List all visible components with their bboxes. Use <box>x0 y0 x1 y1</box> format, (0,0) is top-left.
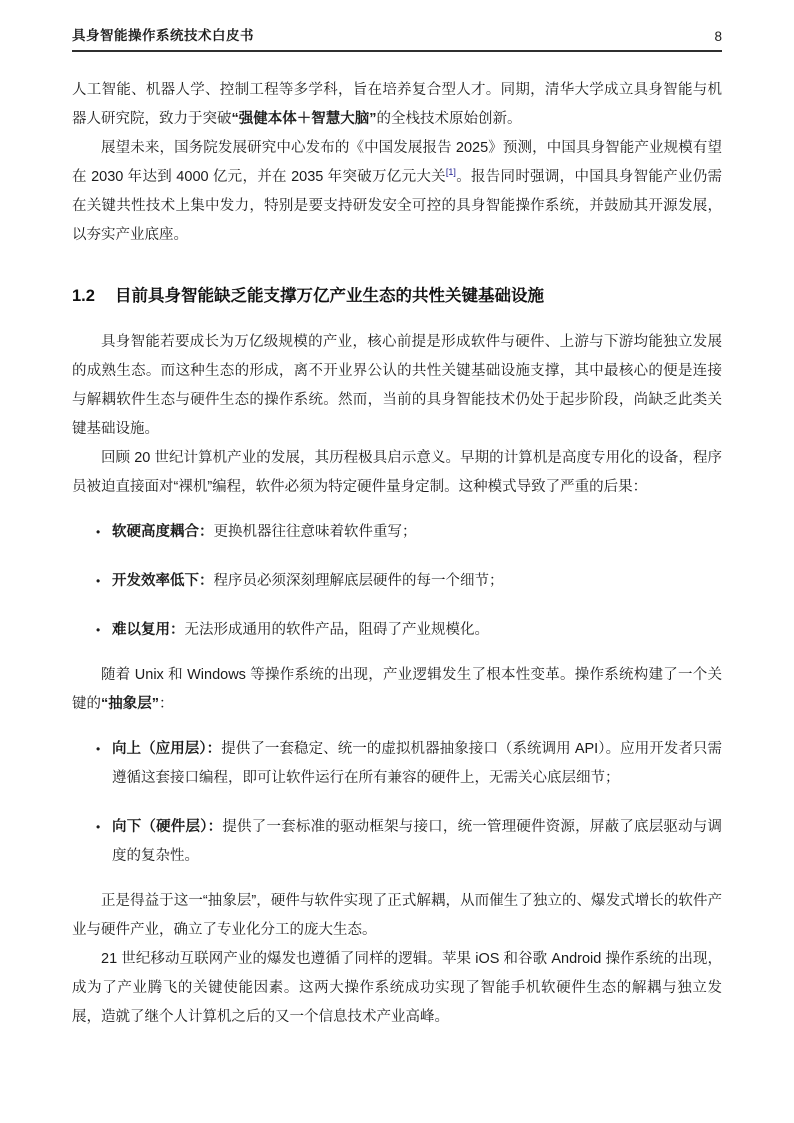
list-term: 向上（应用层）： <box>112 741 221 757</box>
list-term: 难以复用： <box>112 622 185 638</box>
bullet-icon: • <box>96 567 100 596</box>
bullet-icon: • <box>96 813 100 842</box>
list-item: •难以复用：无法形成通用的软件产品，阻碍了产业规模化。 <box>72 616 722 645</box>
header-title: 具身智能操作系统技术白皮书 <box>72 24 254 44</box>
list-desc: 更换机器往往意味着软件重写； <box>214 524 417 540</box>
list-desc: 程序员必须深刻理解底层硬件的每一个细节； <box>214 573 504 589</box>
paragraph-text: 的全栈技术原始创新。 <box>377 111 522 127</box>
footnote-ref-1[interactable]: [1] <box>446 167 456 177</box>
section-number: 1.2 <box>72 287 95 305</box>
list-bare-metal-consequences: •软硬高度耦合：更换机器往往意味着软件重写； •开发效率低下：程序员必须深刻理解… <box>72 518 722 645</box>
paragraph-os-emergence: 随着 Unix 和 Windows 等操作系统的出现，产业逻辑发生了根本性变革。… <box>72 661 722 719</box>
bullet-icon: • <box>96 735 100 764</box>
list-desc: 无法形成通用的软件产品，阻碍了产业规模化。 <box>185 622 490 638</box>
document-page: 具身智能操作系统技术白皮书 8 人工智能、机器人学、控制工程等多学科，旨在培养复… <box>0 0 794 1123</box>
paragraph-decoupling: 正是得益于这一“抽象层”，硬件与软件实现了正式解耦，从而催生了独立的、爆发式增长… <box>72 887 722 945</box>
page-header: 具身智能操作系统技术白皮书 8 <box>72 24 722 52</box>
list-item: •开发效率低下：程序员必须深刻理解底层硬件的每一个细节； <box>72 567 722 596</box>
list-term: 开发效率低下： <box>112 573 214 589</box>
list-term: 软硬高度耦合： <box>112 524 214 540</box>
list-item: •向下（硬件层）：提供了一套标准的驱动框架与接口，统一管理硬件资源，屏蔽了底层驱… <box>72 813 722 871</box>
paragraph-continuation: 人工智能、机器人学、控制工程等多学科，旨在培养复合型人才。同期，清华大学成立具身… <box>72 76 722 134</box>
page-number: 8 <box>714 29 722 44</box>
paragraph-mobile-internet: 21 世纪移动互联网产业的爆发也遵循了同样的逻辑。苹果 iOS 和谷歌 Andr… <box>72 945 722 1032</box>
section-title: 目前具身智能缺乏能支撑万亿产业生态的共性关键基础设施 <box>115 287 544 305</box>
list-abstraction-layer: •向上（应用层）：提供了一套稳定、统一的虚拟机器抽象接口（系统调用 API）。应… <box>72 735 722 871</box>
paragraph-history: 回顾 20 世纪计算机产业的发展，其历程极具启示意义。早期的计算机是高度专用化的… <box>72 444 722 502</box>
paragraph-ecosystem: 具身智能若要成长为万亿级规模的产业，核心前提是形成软件与硬件、上游与下游均能独立… <box>72 328 722 444</box>
document-body: 人工智能、机器人学、控制工程等多学科，旨在培养复合型人才。同期，清华大学成立具身… <box>72 76 722 1032</box>
list-term: 向下（硬件层）： <box>112 819 222 835</box>
list-item: •软硬高度耦合：更换机器往往意味着软件重写； <box>72 518 722 547</box>
bullet-icon: • <box>96 518 100 547</box>
bold-phrase: “强健本体＋智慧大脑” <box>232 111 377 127</box>
paragraph-outlook: 展望未来，国务院发展研究中心发布的《中国发展报告 2025》预测，中国具身智能产… <box>72 134 722 250</box>
section-heading-1-2: 1.2目前具身智能缺乏能支撑万亿产业生态的共性关键基础设施 <box>72 282 722 306</box>
list-item: •向上（应用层）：提供了一套稳定、统一的虚拟机器抽象接口（系统调用 API）。应… <box>72 735 722 793</box>
bold-phrase: “抽象层” <box>101 696 159 712</box>
bullet-icon: • <box>96 616 100 645</box>
paragraph-text: ： <box>159 696 174 712</box>
